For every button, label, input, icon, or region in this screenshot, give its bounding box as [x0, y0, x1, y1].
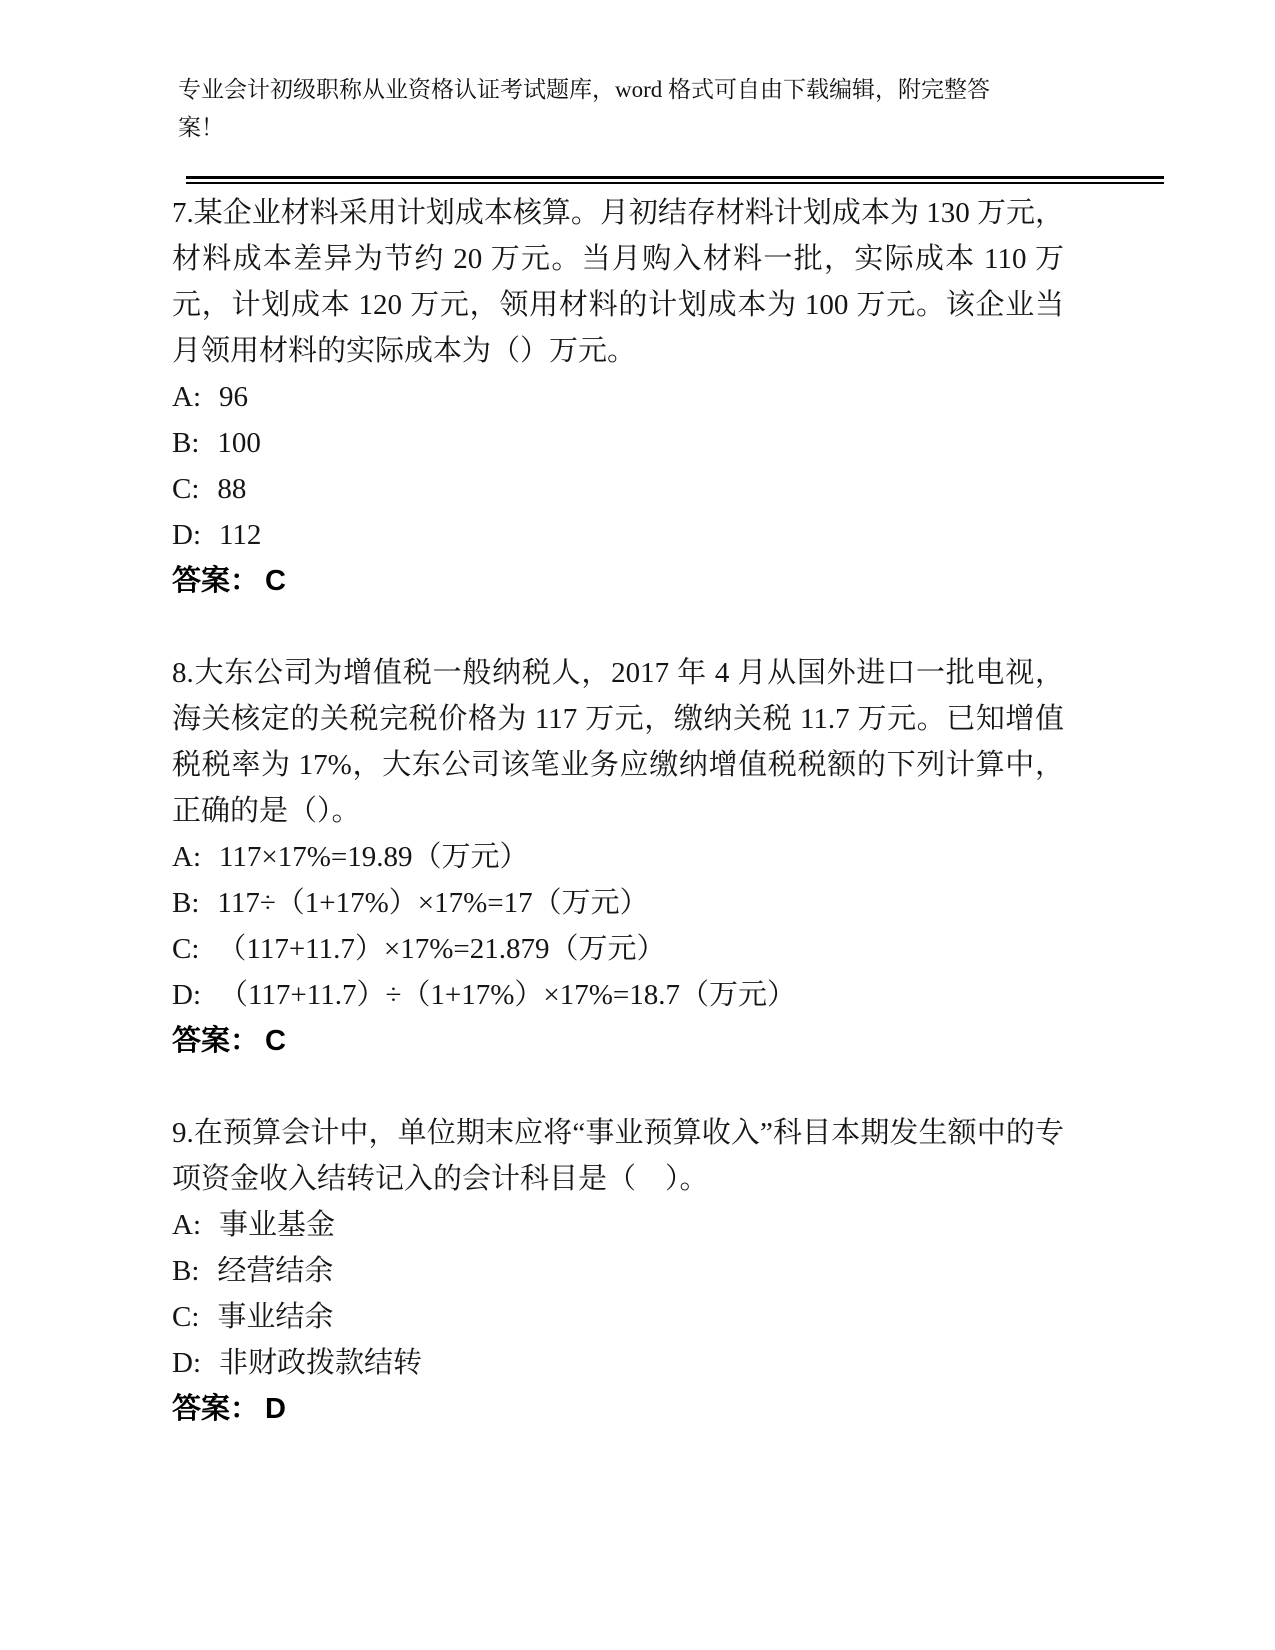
option-text: 事业结余	[217, 1301, 333, 1333]
option-c: C:事业结余	[172, 1294, 1064, 1340]
question-8: 8.大东公司为增值税一般纳税人，2017 年 4 月从国外进口一批电视，海关核定…	[172, 650, 1064, 1064]
option-b: B:经营结余	[172, 1248, 1064, 1294]
answer-row: 答案：C	[172, 558, 1064, 604]
option-b: B:100	[172, 420, 1064, 466]
option-label: C:	[172, 1294, 199, 1340]
option-text: 非财政拨款结转	[219, 1347, 422, 1379]
option-a: A:事业基金	[172, 1202, 1064, 1248]
answer-value: C	[265, 565, 286, 597]
option-d: D:非财政拨款结转	[172, 1340, 1064, 1386]
option-text: 112	[219, 519, 261, 551]
document-page: 专业会计初级职称从业资格认证考试题库，word 格式可自由下载编辑，附完整答案！…	[0, 0, 1275, 1650]
question-stem: 8.大东公司为增值税一般纳税人，2017 年 4 月从国外进口一批电视，海关核定…	[172, 650, 1064, 834]
option-label: D:	[172, 972, 201, 1018]
option-text: 事业基金	[219, 1209, 335, 1241]
option-text: 117÷（1+17%）×17%=17（万元）	[217, 887, 648, 919]
option-label: A:	[172, 1202, 201, 1248]
option-label: B:	[172, 420, 199, 466]
option-label: B:	[172, 1248, 199, 1294]
questions-content: 7.某企业材料采用计划成本核算。月初结存材料计划成本为 130 万元，材料成本差…	[172, 190, 1064, 1478]
answer-prefix: 答案：	[172, 558, 259, 604]
answer-value: C	[265, 1025, 286, 1057]
question-stem: 7.某企业材料采用计划成本核算。月初结存材料计划成本为 130 万元，材料成本差…	[172, 190, 1064, 374]
answer-value: D	[265, 1393, 286, 1425]
header-divider-rule	[186, 176, 1164, 184]
option-label: A:	[172, 374, 201, 420]
option-d: D:112	[172, 512, 1064, 558]
answer-row: 答案：C	[172, 1018, 1064, 1064]
option-a: A:96	[172, 374, 1064, 420]
option-label: D:	[172, 1340, 201, 1386]
option-b: B:117÷（1+17%）×17%=17（万元）	[172, 880, 1064, 926]
answer-row: 答案：D	[172, 1386, 1064, 1432]
option-text: （117+11.7）×17%=21.879（万元）	[217, 933, 665, 965]
option-text: （117+11.7）÷（1+17%）×17%=18.7（万元）	[219, 979, 796, 1011]
option-label: C:	[172, 926, 199, 972]
question-9: 9.在预算会计中，单位期末应将“事业预算收入”科目本期发生额中的专项资金收入结转…	[172, 1110, 1064, 1432]
document-header-text: 专业会计初级职称从业资格认证考试题库，word 格式可自由下载编辑，附完整答案！	[178, 71, 1028, 147]
question-7: 7.某企业材料采用计划成本核算。月初结存材料计划成本为 130 万元，材料成本差…	[172, 190, 1064, 604]
option-label: A:	[172, 834, 201, 880]
option-text: 经营结余	[217, 1255, 333, 1287]
option-d: D:（117+11.7）÷（1+17%）×17%=18.7（万元）	[172, 972, 1064, 1018]
answer-prefix: 答案：	[172, 1018, 259, 1064]
option-text: 117×17%=19.89（万元）	[219, 841, 529, 873]
option-text: 88	[217, 473, 246, 505]
option-label: B:	[172, 880, 199, 926]
answer-prefix: 答案：	[172, 1386, 259, 1432]
option-label: D:	[172, 512, 201, 558]
option-label: C:	[172, 466, 199, 512]
question-stem: 9.在预算会计中，单位期末应将“事业预算收入”科目本期发生额中的专项资金收入结转…	[172, 1110, 1064, 1202]
option-c: C:88	[172, 466, 1064, 512]
option-text: 96	[219, 381, 248, 413]
option-c: C:（117+11.7）×17%=21.879（万元）	[172, 926, 1064, 972]
option-text: 100	[217, 427, 261, 459]
option-a: A:117×17%=19.89（万元）	[172, 834, 1064, 880]
